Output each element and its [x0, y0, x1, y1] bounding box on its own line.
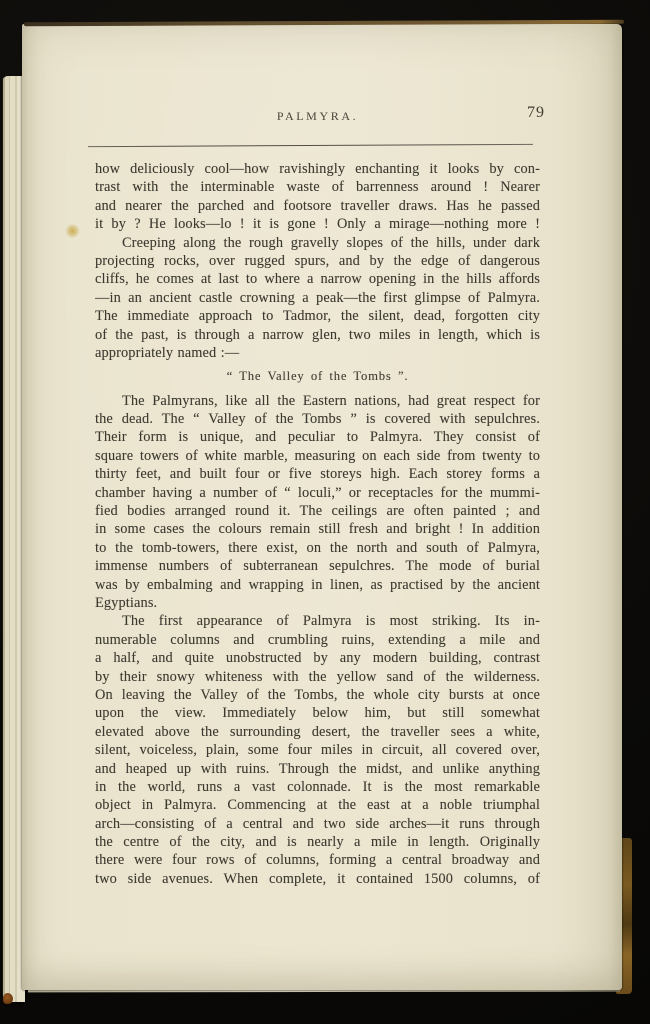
text-line: in some cases the colours remain still f… — [95, 520, 540, 538]
paragraph: The Palmyrans, like all the Eastern nati… — [95, 392, 540, 613]
text-line: and heaped up with ruins. Through the mi… — [95, 760, 540, 778]
text-line: immense numbers of subterranean sepulchr… — [95, 557, 540, 575]
text-line: square towers of white marble, measuring… — [95, 447, 540, 465]
text-line: silent, voiceless, plain, some four mile… — [95, 741, 540, 759]
foxing-spot — [65, 224, 80, 238]
text-line: upon the view. Immediately below him, bu… — [95, 704, 540, 722]
text-line: Creeping along the rough gravelly slopes… — [95, 234, 540, 252]
text-line: object in Palmyra. Commencing at the eas… — [95, 796, 540, 814]
text-line: thirty feet, and built four or five stor… — [95, 465, 540, 483]
paragraph: The first appearance of Palmyra is most … — [95, 612, 540, 888]
text-line: by their snowy whiteness with the yellow… — [95, 668, 540, 686]
text-line: The first appearance of Palmyra is most … — [95, 612, 540, 630]
running-head-title: PALMYRA. — [95, 109, 540, 124]
text-line: how deliciously cool—how ravishingly enc… — [95, 160, 540, 178]
text-line: Their form is unique, and peculiar to Pa… — [95, 428, 540, 446]
text-line: appropriately named :— — [95, 344, 540, 362]
text-line: The Palmyrans, like all the Eastern nati… — [95, 392, 540, 410]
text-line: in the world, runs a vast colonnade. It … — [95, 778, 540, 796]
text-line: chamber having a number of “ loculi,” or… — [95, 484, 540, 502]
text-line: elevated above the surrounding desert, t… — [95, 723, 540, 741]
text-line: two side avenues. When complete, it cont… — [95, 870, 540, 888]
text-line: fied bodies arranged round it. The ceili… — [95, 502, 540, 520]
text-line: the dead. The “ Valley of the Tombs ” is… — [95, 410, 540, 428]
paragraph: how deliciously cool—how ravishingly enc… — [95, 160, 540, 234]
section-heading: “ The Valley of the Tombs ”. — [95, 367, 540, 385]
text-body: how deliciously cool—how ravishingly enc… — [95, 160, 540, 888]
text-line: numerable columns and crumbling ruins, e… — [95, 631, 540, 649]
text-line: Egyptians. — [95, 594, 540, 612]
page-number: 79 — [495, 104, 545, 122]
text-line: there were four rows of columns, forming… — [95, 851, 540, 869]
text-line: The immediate approach to Tadmor, the si… — [95, 307, 540, 325]
text-line: and nearer the parched and footsore trav… — [95, 197, 540, 215]
text-line: a half, and quite unobstructed by any mo… — [95, 649, 540, 667]
text-line: was by embalming and wrapping in linen, … — [95, 576, 540, 594]
text-line: cliffs, he comes at last to where a narr… — [95, 270, 540, 288]
text-line: On leaving the Valley of the Tombs, the … — [95, 686, 540, 704]
text-line: —in an ancient castle crowning a peak—th… — [95, 289, 540, 307]
text-line: trast with the interminable waste of bar… — [95, 178, 540, 196]
text-line: to the tomb-towers, there exist, on the … — [95, 539, 540, 557]
text-line: projecting rocks, over rugged spurs, and… — [95, 252, 540, 270]
paragraph: Creeping along the rough gravelly slopes… — [95, 234, 540, 363]
text-line: of the past, is through a narrow glen, t… — [95, 326, 540, 344]
text-line: it by ? He looks—lo ! it is gone ! Only … — [95, 215, 540, 233]
book-cover-corner-fragment — [3, 993, 13, 1004]
text-line: the centre of the city, and is nearly a … — [95, 833, 540, 851]
text-line: arch—consisting of a central and two sid… — [95, 815, 540, 833]
